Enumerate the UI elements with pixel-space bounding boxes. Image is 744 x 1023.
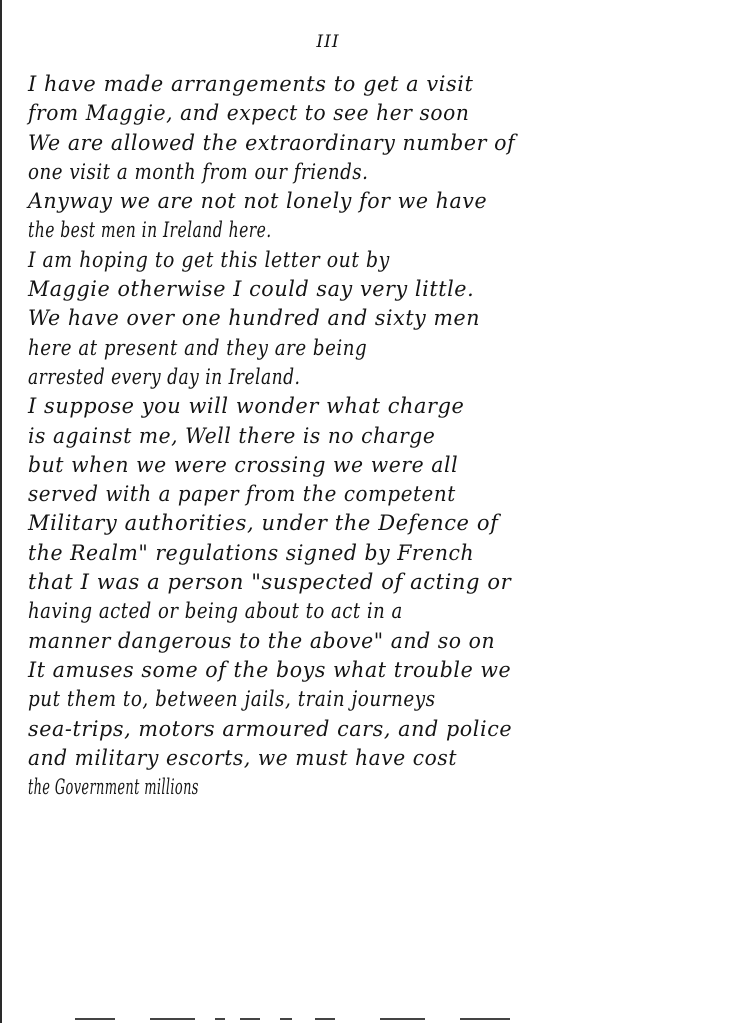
page-number: III (308, 32, 348, 52)
text-line: arrested every day in Ireland. (28, 363, 548, 392)
text-line: here at present and they are being (28, 334, 583, 363)
scan-edge (0, 0, 2, 1023)
handwritten-text: I have made arrangements to get a visit … (28, 70, 668, 802)
text-line: put them to, between jails, train journe… (28, 685, 588, 714)
text-line: served with a paper from the competent (28, 480, 633, 509)
text-line: is against me, Well there is no charge (28, 422, 643, 451)
text-line: and military escorts, we must have cost (28, 744, 643, 773)
text-line: Maggie otherwise I could say very little… (28, 275, 658, 304)
text-line: Military authorities, under the Defence … (28, 509, 668, 538)
text-line: We have over one hundred and sixty men (28, 304, 653, 333)
text-line: I am hoping to get this letter out by (28, 246, 603, 275)
text-line: Anyway we are not not lonely for we have (28, 187, 653, 216)
text-line: I suppose you will wonder what charge (28, 392, 663, 421)
scan-bottom-edge-marks (60, 1018, 740, 1021)
letter-page: III I have made arrangements to get a vi… (0, 0, 744, 1023)
text-line: that I was a person "suspected of acting… (28, 568, 668, 597)
text-line: manner dangerous to the above" and so on (28, 627, 648, 656)
text-line: the Government millions (28, 773, 423, 802)
text-line: We are allowed the extraordinary number … (28, 129, 653, 158)
text-line: one visit a month from our friends. (28, 158, 583, 187)
text-line: sea-trips, motors armoured cars, and pol… (28, 715, 658, 744)
text-line: having acted or being about to act in a (28, 597, 578, 626)
text-line: It amuses some of the boys what trouble … (28, 656, 653, 685)
text-line: the Realm" regulations signed by French (28, 539, 648, 568)
text-line: but when we were crossing we were all (28, 451, 648, 480)
text-line: I have made arrangements to get a visit (28, 70, 663, 99)
text-line: the best men in Ireland here. (28, 216, 503, 245)
text-line: from Maggie, and expect to see her soon (28, 99, 643, 128)
